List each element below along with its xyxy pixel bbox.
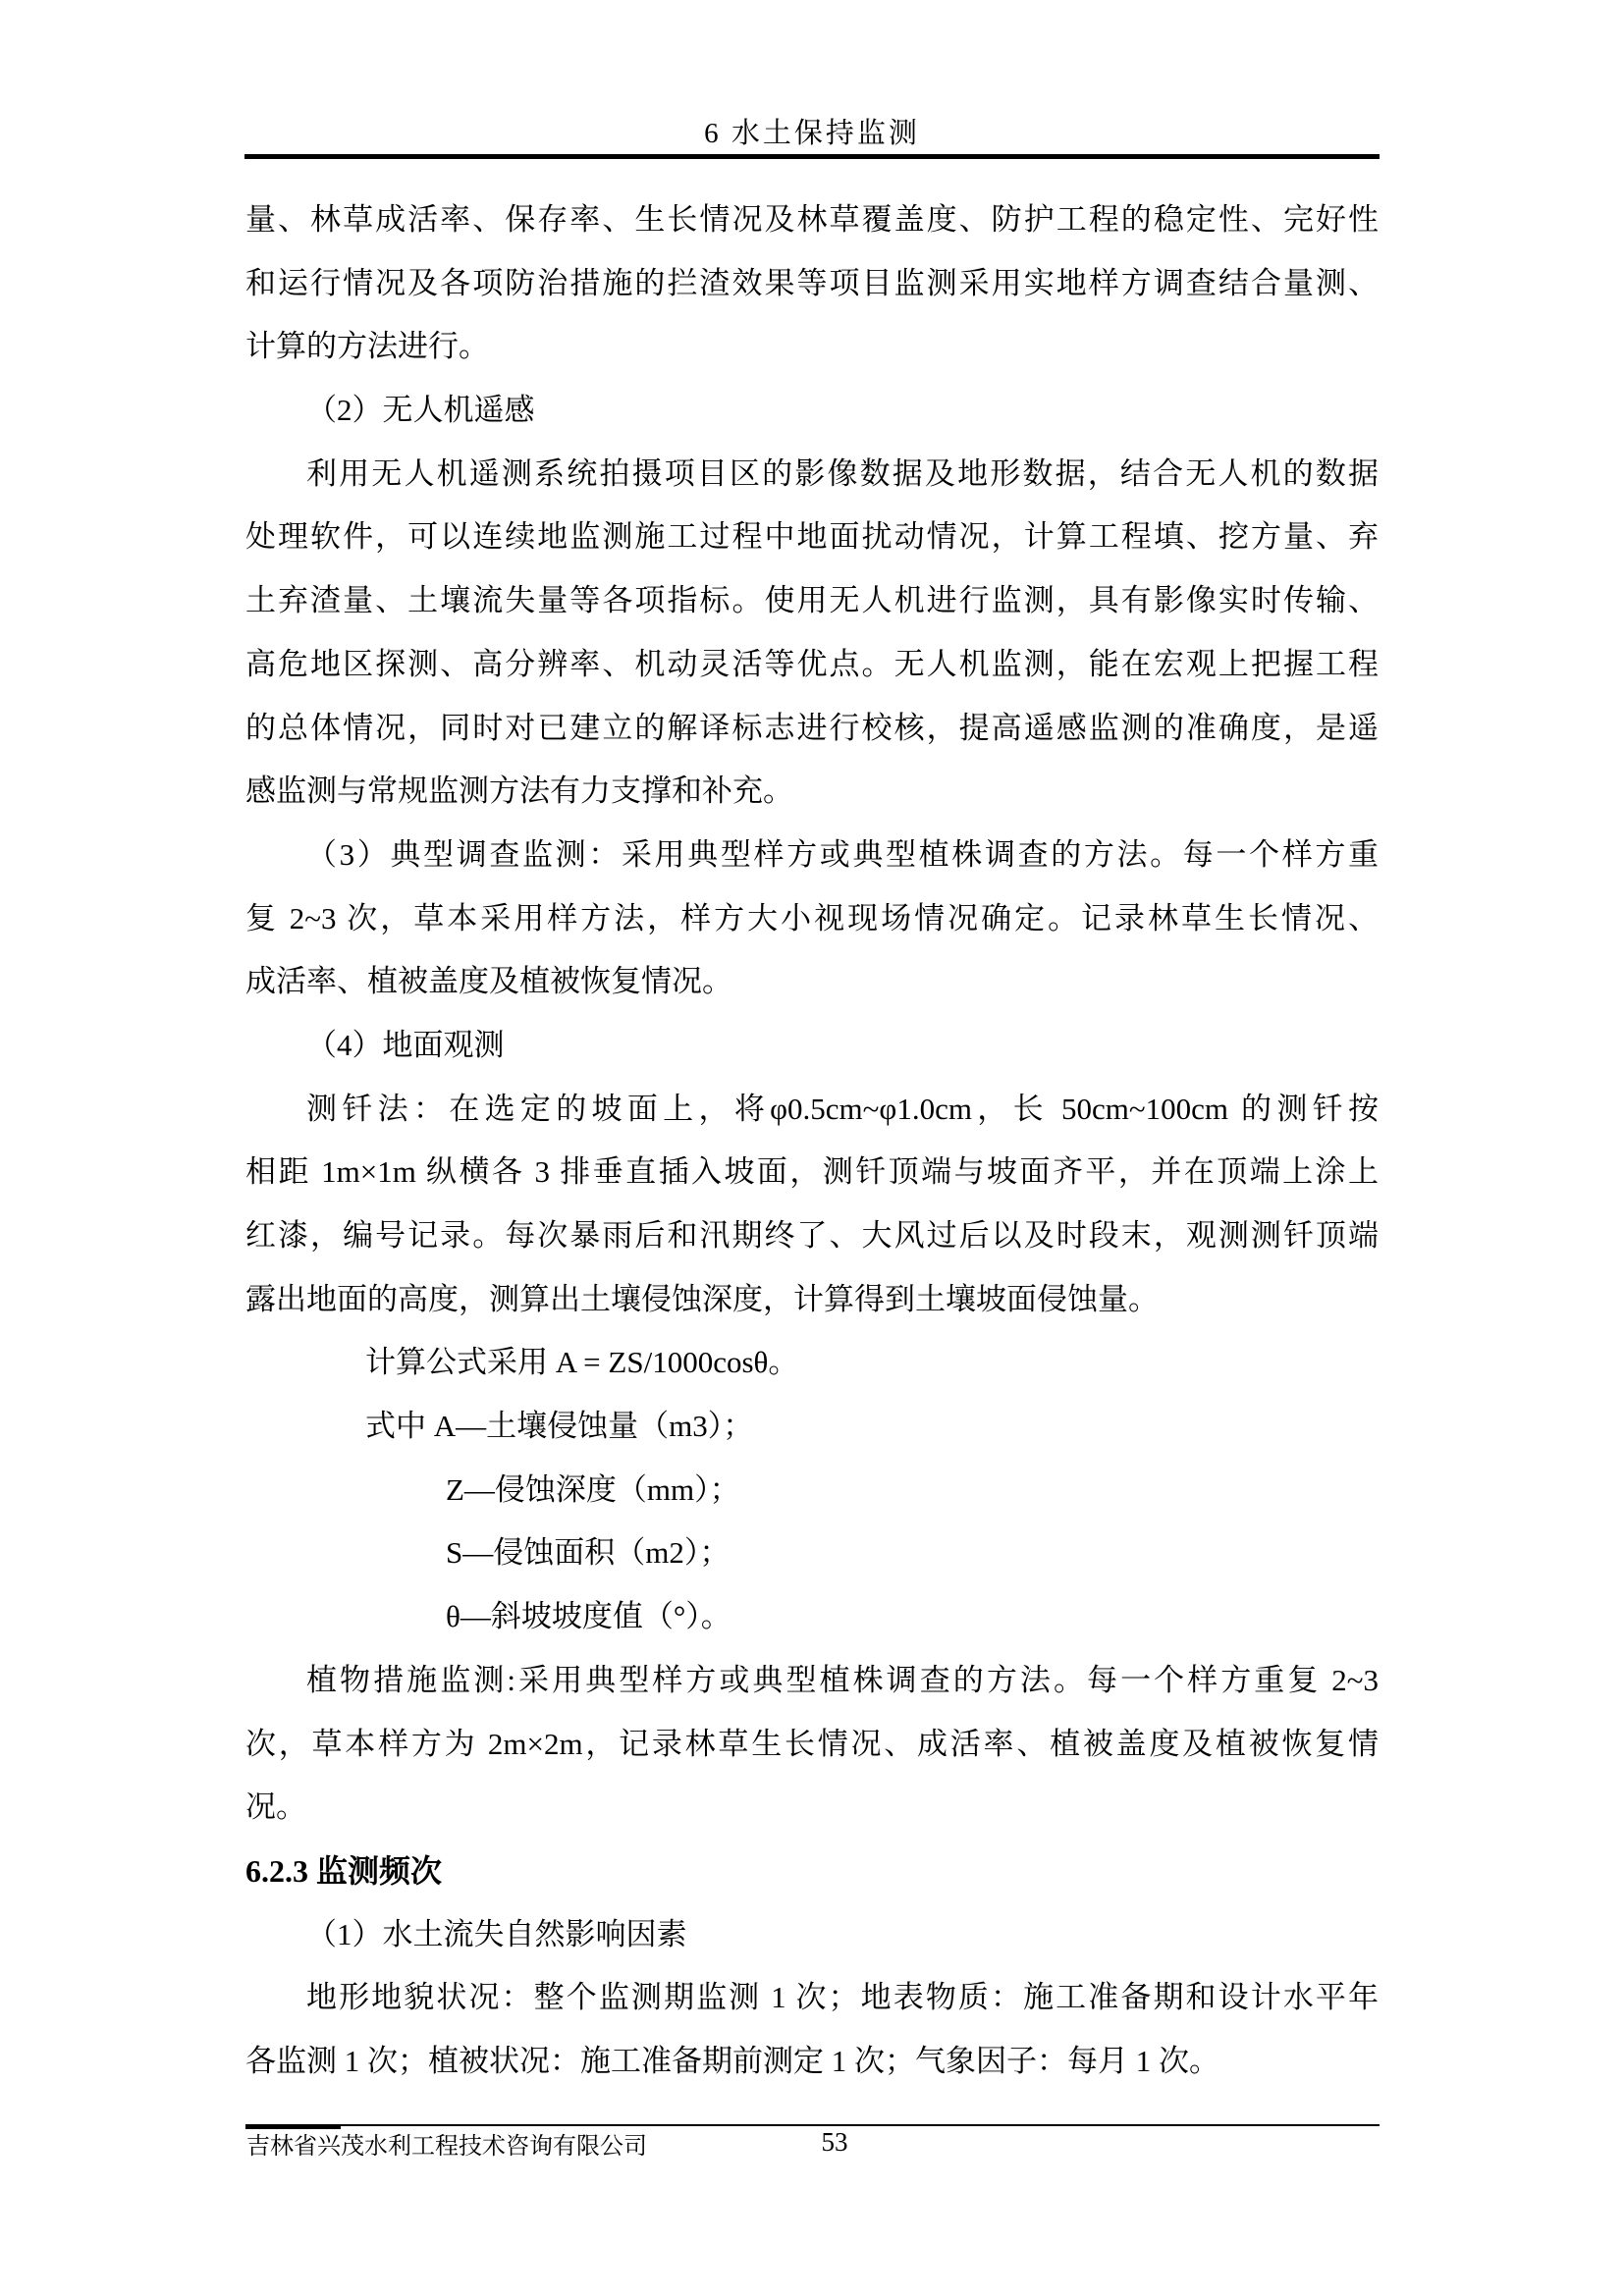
text-line: （1）水土流失自然影响因素 (245, 1903, 1379, 1967)
document-body: 量、林草成活率、保存率、生长情况及林草覆盖度、防护工程的稳定性、完好性和运行情况… (245, 188, 1379, 2094)
text-line: 测钎法：在选定的坡面上，将φ0.5cm~φ1.0cm，长 50cm~100cm … (245, 1078, 1379, 1142)
text-line: 相距 1m×1m 纵横各 3 排垂直插入坡面，测钎顶端与坡面齐平，并在顶端上涂上 (245, 1141, 1379, 1204)
text-line: Z—侵蚀深度（mm）； (245, 1459, 1379, 1522)
text-line: 和运行情况及各项防治措施的拦渣效果等项目监测采用实地样方调查结合量测、 (245, 252, 1379, 316)
document-page: 6 水土保持监测 量、林草成活率、保存率、生长情况及林草覆盖度、防护工程的稳定性… (0, 0, 1624, 2296)
header-rule (244, 154, 1380, 159)
header-title: 6 水土保持监测 (0, 116, 1624, 151)
footer-company: 吉林省兴茂水利工程技术咨询有限公司 (246, 2132, 647, 2162)
text-line: S—侵蚀面积（m2）； (245, 1522, 1379, 1585)
section-heading: 6.2.3 监测频次 (245, 1840, 1379, 1903)
text-line: 感监测与常规监测方法有力支撑和补充。 (245, 760, 1379, 824)
text-line: 量、林草成活率、保存率、生长情况及林草覆盖度、防护工程的稳定性、完好性 (245, 188, 1379, 252)
text-line: 的总体情况，同时对已建立的解译标志进行校核，提高遥感监测的准确度，是遥 (245, 697, 1379, 761)
text-line: （4）地面观测 (245, 1014, 1379, 1078)
text-line: 计算公式采用 A = ZS/1000cosθ。 (245, 1331, 1379, 1395)
text-line: 红漆，编号记录。每次暴雨后和汛期终了、大风过后以及时段末，观测测钎顶端 (245, 1204, 1379, 1268)
text-line: θ—斜坡坡度值（°）。 (245, 1585, 1379, 1649)
text-line: 露出地面的高度，测算出土壤侵蚀深度，计算得到土壤坡面侵蚀量。 (245, 1268, 1379, 1332)
text-line: 计算的方法进行。 (245, 315, 1379, 379)
text-line: 式中 A—土壤侵蚀量（m3）； (245, 1395, 1379, 1459)
text-line: 高危地区探测、高分辨率、机动灵活等优点。无人机监测，能在宏观上把握工程 (245, 633, 1379, 697)
text-line: 处理软件，可以连续地监测施工过程中地面扰动情况，计算工程填、挖方量、弃 (245, 506, 1379, 569)
text-line: 次，草本样方为 2m×2m，记录林草生长情况、成活率、植被盖度及植被恢复情 (245, 1713, 1379, 1777)
text-line: （3）典型调查监测：采用典型样方或典型植株调查的方法。每一个样方重 (245, 824, 1379, 887)
text-line: （2）无人机遥感 (245, 379, 1379, 443)
text-line: 植物措施监测:采用典型样方或典型植株调查的方法。每一个样方重复 2~3 (245, 1649, 1379, 1713)
page-number: 53 (800, 2126, 869, 2158)
text-line: 利用无人机遥测系统拍摄项目区的影像数据及地形数据，结合无人机的数据 (245, 443, 1379, 507)
text-line: 地形地貌状况：整个监测期监测 1 次；地表物质：施工准备期和设计水平年 (245, 1966, 1379, 2030)
text-line: 土弃渣量、土壤流失量等各项指标。使用无人机进行监测，具有影像实时传输、 (245, 569, 1379, 633)
footer-rule-thick (245, 2124, 341, 2129)
text-line: 成活率、植被盖度及植被恢复情况。 (245, 950, 1379, 1014)
text-line: 各监测 1 次；植被状况：施工准备期前测定 1 次；气象因子：每月 1 次。 (245, 2030, 1379, 2094)
text-line: 况。 (245, 1776, 1379, 1840)
text-line: 复 2~3 次，草本采用样方法，样方大小视现场情况确定。记录林草生长情况、 (245, 887, 1379, 951)
